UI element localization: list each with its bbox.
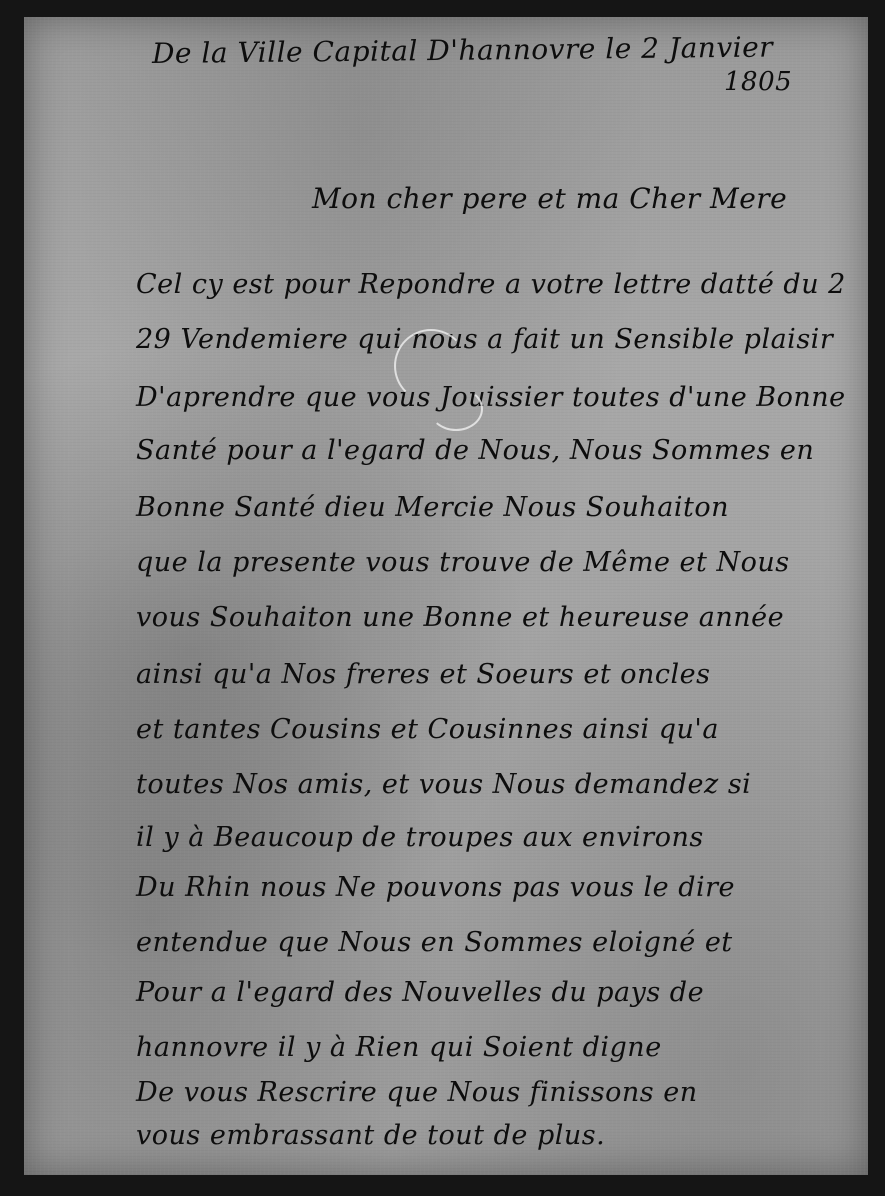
body-line: que la presente vous trouve de Même et N… [136,547,790,578]
body-line: il y à Beaucoup de troupes aux environs [136,822,704,853]
body-line: ainsi qu'a Nos freres et Soeurs et oncle… [136,659,711,690]
body-line: vous embrassant de tout de plus. [136,1120,605,1151]
letter-page: De la Ville Capital D'hannovre le 2 Janv… [24,17,868,1175]
body-line: vous Souhaiton une Bonne et heureuse ann… [136,602,784,633]
body-line: De vous Rescrire que Nous finissons en [136,1077,698,1108]
body-line: Bonne Santé dieu Mercie Nous Souhaiton [136,492,729,523]
body-line: Du Rhin nous Ne pouvons pas vous le dire [136,872,735,903]
body-line: hannovre il y à Rien qui Soient digne [136,1032,662,1063]
letter-salutation: Mon cher pere et ma Cher Mere [312,182,787,215]
letter-year: 1805 [724,67,792,97]
body-line: 29 Vendemiere qui nous a fait un Sensibl… [136,324,833,355]
body-line: D'aprendre que vous Jouissier toutes d'u… [136,382,846,413]
body-line: Santé pour a l'egard de Nous, Nous Somme… [136,435,814,466]
body-line: Cel cy est pour Repondre a votre lettre … [136,269,846,300]
body-line: toutes Nos amis, et vous Nous demandez s… [136,769,751,800]
body-line: et tantes Cousins et Cousinnes ainsi qu'… [136,714,719,745]
body-line: entendue que Nous en Sommes eloigné et [136,927,733,958]
body-line: Pour a l'egard des Nouvelles du pays de [136,977,704,1008]
letter-place-date: De la Ville Capital D'hannovre le 2 Janv… [152,30,773,70]
